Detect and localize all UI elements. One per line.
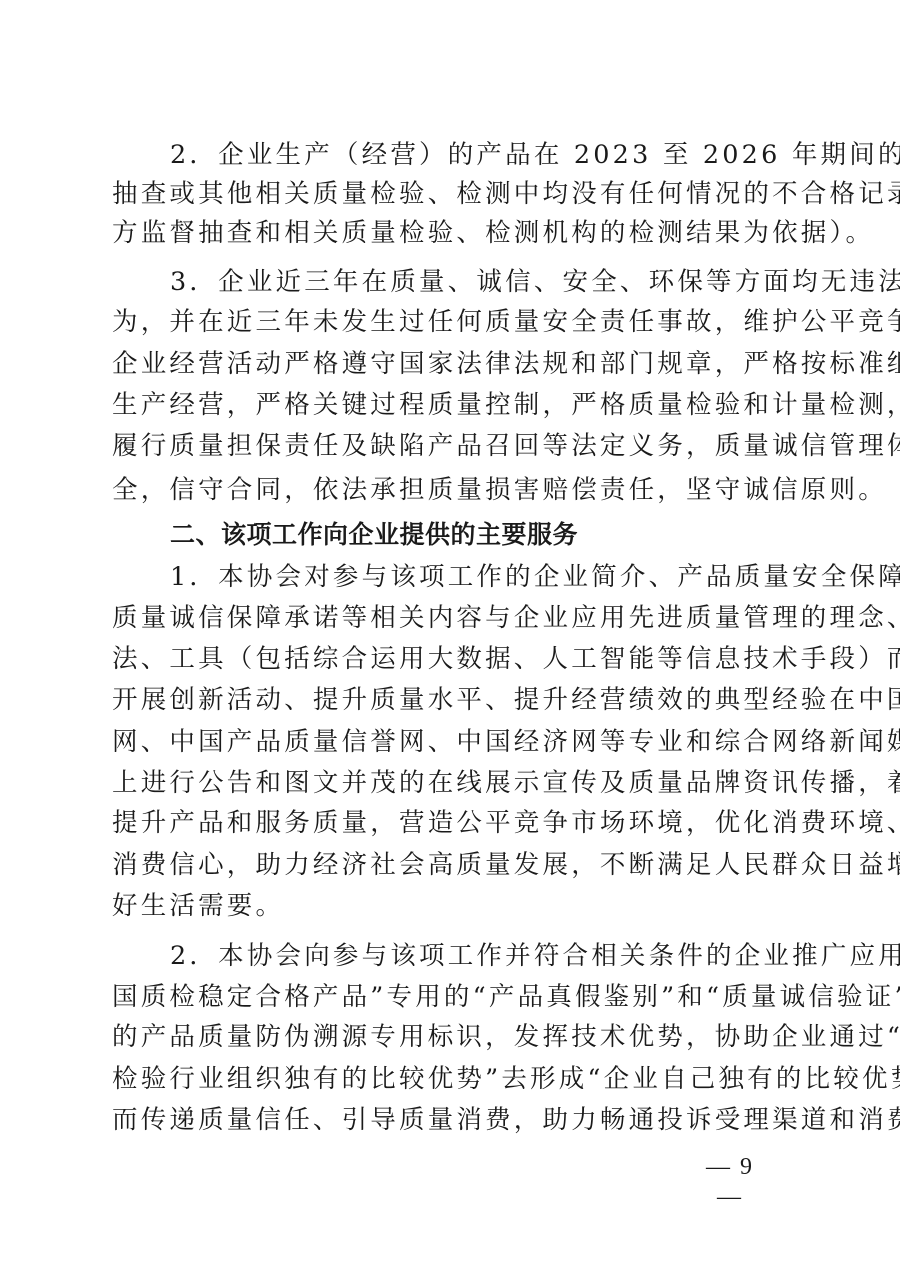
- paragraph-line: 2．本协会向参与该项工作并符合相关条件的企业推广应用“全: [170, 941, 792, 971]
- paragraph-line: 生产经营，严格关键过程质量控制，严格质量检验和计量检测，切实: [112, 390, 792, 420]
- paragraph-line: 法、工具（包括综合运用大数据、人工智能等信息技术手段）而组织: [112, 644, 792, 674]
- paragraph-line: 开展创新活动、提升质量水平、提升经营绩效的典型经验在中国质量: [112, 685, 792, 715]
- paragraph-line: 网、中国产品质量信誉网、中国经济网等专业和综合网络新闻媒体: [112, 727, 792, 757]
- paragraph-line: 消费信心，助力经济社会高质量发展，不断满足人民群众日益增长的美: [112, 850, 792, 880]
- paragraph-line: 而传递质量信任、引导质量消费，助力畅通投诉受理渠道和消费纠纷: [112, 1105, 792, 1135]
- paragraph-line: 1．本协会对参与该项工作的企业简介、产品质量安全保障承诺、: [170, 562, 792, 592]
- section-heading: 二、该项工作向企业提供的主要服务: [170, 520, 792, 550]
- paragraph-line: 2．企业生产（经营）的产品在 2023 至 2026 年期间的地方监督: [170, 140, 792, 170]
- paragraph-line: 国质检稳定合格产品”专用的“产品真假鉴别”和“质量诚信验证”: [112, 982, 792, 1012]
- paragraph-line: 方监督抽查和相关质量检验、检测机构的检测结果为依据）。: [112, 218, 792, 248]
- paragraph-line: 检验行业组织独有的比较优势”去形成“企业自己独有的比较优势”: [112, 1064, 792, 1094]
- paragraph-line: 履行质量担保责任及缺陷产品召回等法定义务，质量诚信管理体系健: [112, 431, 792, 461]
- paragraph-line: 为，并在近三年未发生过任何质量安全责任事故，维护公平竞争，: [112, 307, 792, 337]
- paragraph-line: 抽查或其他相关质量检验、检测中均没有任何情况的不合格记录（以地: [112, 179, 792, 209]
- paragraph-line: 提升产品和服务质量，营造公平竞争市场环境，优化消费环境、提振: [112, 808, 792, 838]
- document-page: 2．企业生产（经营）的产品在 2023 至 2026 年期间的地方监督 抽查或其…: [0, 0, 900, 1273]
- paragraph-line: 质量诚信保障承诺等相关内容与企业应用先进质量管理的理念、方: [112, 603, 792, 633]
- paragraph-line: 好生活需要。: [112, 891, 792, 921]
- paragraph-line: 全，信守合同，依法承担质量损害赔偿责任，坚守诚信原则。: [112, 475, 792, 505]
- paragraph-line: 企业经营活动严格遵守国家法律法规和部门规章，严格按标准组织: [112, 349, 792, 379]
- paragraph-line: 3．企业近三年在质量、诚信、安全、环保等方面均无违法行: [170, 267, 792, 297]
- page-number: — 9 —: [690, 1152, 770, 1182]
- paragraph-line: 上进行公告和图文并茂的在线展示宣传及质量品牌资讯传播，着力: [112, 768, 792, 798]
- paragraph-line: 的产品质量防伪溯源专用标识，发挥技术优势，协助企业通过“质量: [112, 1022, 792, 1052]
